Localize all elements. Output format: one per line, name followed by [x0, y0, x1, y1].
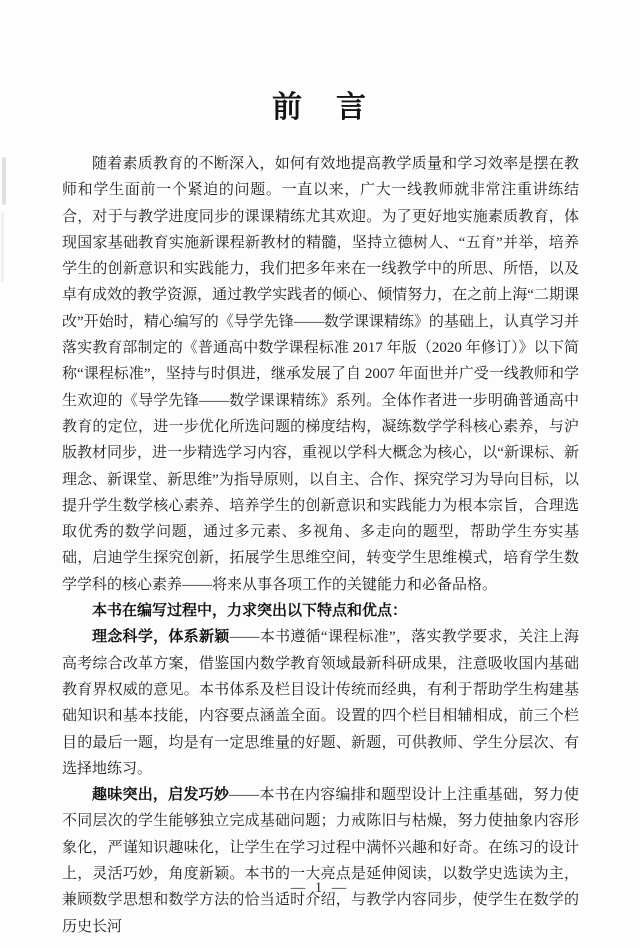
paragraph-lead: 趣味突出，启发巧妙	[92, 786, 229, 803]
page-title: 前 言	[0, 0, 640, 126]
paragraph-intro: 随着素质教育的不断深入，如何有效地提高教学质量和学习效率是摆在教师和学生面前一个…	[62, 151, 579, 598]
scan-artifact	[1, 212, 4, 282]
paragraph-text: ——本书遵循“课程标准”，落实教学要求，关注上海高考综合改革方案，借鉴国内数学教…	[62, 629, 579, 776]
paragraph-text: 随着素质教育的不断深入，如何有效地提高教学质量和学习效率是摆在教师和学生面前一个…	[62, 156, 579, 593]
preface-page: 前 言 随着素质教育的不断深入，如何有效地提高教学质量和学习效率是摆在教师和学生…	[0, 0, 640, 948]
scan-artifact	[2, 157, 6, 205]
preface-body: 随着素质教育的不断深入，如何有效地提高教学质量和学习效率是摆在教师和学生面前一个…	[62, 151, 579, 940]
paragraph-feature-1: 理念科学，体系新颖——本书遵循“课程标准”，落实教学要求，关注上海高考综合改革方…	[62, 624, 579, 782]
page-number: — 1 —	[0, 880, 640, 897]
paragraph-features-heading: 本书在编写过程中，力求突出以下特点和优点：	[62, 598, 579, 624]
paragraph-text: ——本书在内容编排和题型设计上注重基础，努力使不同层次的学生能够独立完成基础问题…	[62, 787, 579, 934]
paragraph-feature-2: 趣味突出，启发巧妙——本书在内容编排和题型设计上注重基础，努力使不同层次的学生能…	[62, 782, 579, 940]
paragraph-lead: 本书在编写过程中，力求突出以下特点和优点：	[92, 602, 407, 619]
paragraph-lead: 理念科学，体系新颖	[92, 628, 230, 645]
